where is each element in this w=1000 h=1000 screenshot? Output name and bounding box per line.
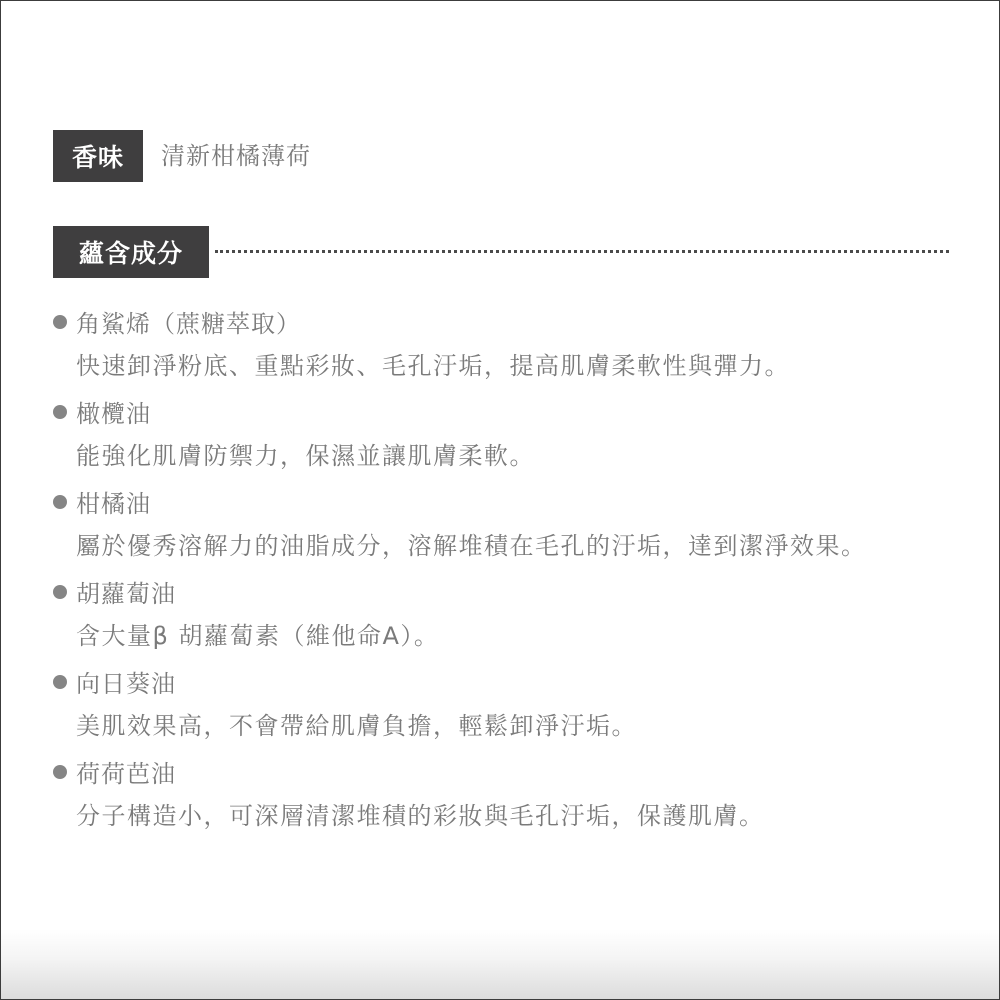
bullet-icon (53, 765, 67, 779)
ingredient-description: 分子構造小，可深層清潔堆積的彩妝與毛孔汙垢，保護肌膚。 (53, 794, 993, 839)
ingredient-item: 橄欖油 能強化肌膚防禦力，保濕並讓肌膚柔軟。 (53, 389, 993, 479)
bullet-icon (53, 495, 67, 509)
ingredient-name-row: 向日葵油 (53, 659, 993, 704)
ingredient-description: 屬於優秀溶解力的油脂成分，溶解堆積在毛孔的汙垢，達到潔淨效果。 (53, 524, 993, 569)
ingredient-name: 胡蘿蔔油 (76, 574, 176, 609)
ingredient-name-row: 角鯊烯（蔗糖萃取） (53, 299, 993, 344)
scent-label: 香味 (72, 138, 124, 174)
ingredient-name-row: 胡蘿蔔油 (53, 569, 993, 614)
ingredient-name-row: 柑橘油 (53, 479, 993, 524)
bullet-icon (53, 405, 67, 419)
ingredient-name: 橄欖油 (76, 394, 151, 429)
ingredient-name-row: 橄欖油 (53, 389, 993, 434)
ingredients-label-tag: 蘊含成分 (53, 226, 209, 278)
ingredient-name: 柑橘油 (76, 484, 151, 519)
ingredient-description: 快速卸淨粉底、重點彩妝、毛孔汙垢，提高肌膚柔軟性與彈力。 (53, 344, 993, 389)
bullet-icon (53, 315, 67, 329)
ingredient-item: 荷荷芭油 分子構造小，可深層清潔堆積的彩妝與毛孔汙垢，保護肌膚。 (53, 749, 993, 839)
scent-value: 清新柑橘薄荷 (161, 139, 311, 173)
page-frame: 香味 清新柑橘薄荷 蘊含成分 角鯊烯（蔗糖萃取） 快速卸淨粉底、重點彩妝、毛孔汙… (0, 0, 1000, 1000)
ingredient-item: 胡蘿蔔油 含大量β 胡蘿蔔素（維他命A）。 (53, 569, 993, 659)
ingredient-item: 角鯊烯（蔗糖萃取） 快速卸淨粉底、重點彩妝、毛孔汙垢，提高肌膚柔軟性與彈力。 (53, 299, 993, 389)
dotted-divider (215, 250, 949, 253)
bullet-icon (53, 585, 67, 599)
ingredient-name-row: 荷荷芭油 (53, 749, 993, 794)
scent-label-tag: 香味 (53, 130, 143, 182)
ingredient-description: 能強化肌膚防禦力，保濕並讓肌膚柔軟。 (53, 434, 993, 479)
ingredient-description: 含大量β 胡蘿蔔素（維他命A）。 (53, 614, 993, 659)
ingredient-item: 柑橘油 屬於優秀溶解力的油脂成分，溶解堆積在毛孔的汙垢，達到潔淨效果。 (53, 479, 993, 569)
bullet-icon (53, 675, 67, 689)
ingredient-name: 向日葵油 (76, 664, 176, 699)
ingredient-name: 角鯊烯（蔗糖萃取） (76, 304, 301, 339)
ingredient-description: 美肌效果高，不會帶給肌膚負擔，輕鬆卸淨汙垢。 (53, 704, 993, 749)
ingredient-name: 荷荷芭油 (76, 754, 176, 789)
ingredients-label: 蘊含成分 (79, 234, 183, 270)
ingredient-item: 向日葵油 美肌效果高，不會帶給肌膚負擔，輕鬆卸淨汙垢。 (53, 659, 993, 749)
ingredient-list: 角鯊烯（蔗糖萃取） 快速卸淨粉底、重點彩妝、毛孔汙垢，提高肌膚柔軟性與彈力。 橄… (53, 299, 993, 839)
